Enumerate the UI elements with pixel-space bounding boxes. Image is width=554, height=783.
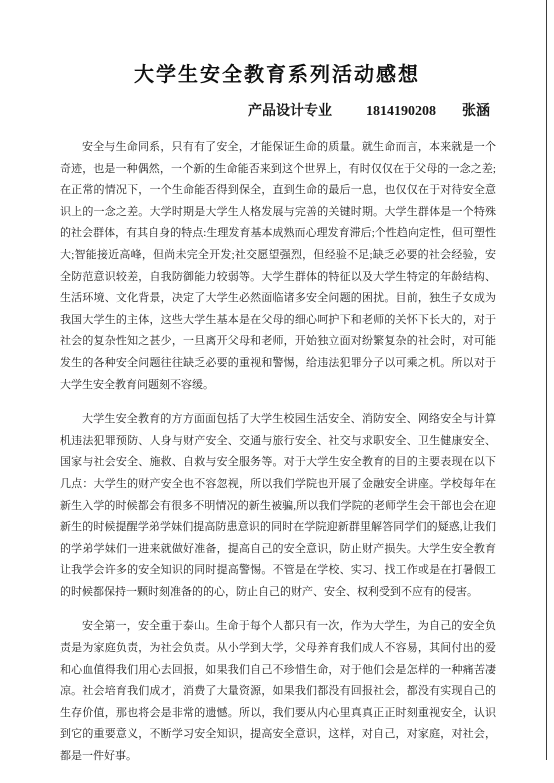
paragraph-2: 大学生安全教育的方方面面包括了大学生校园生活安全、消防安全、网络安全与计算机违法… (60, 409, 496, 603)
document-page: 大学生安全教育系列活动感想 产品设计专业1814190208张涵 安全与生命同系… (0, 0, 554, 783)
byline-major: 产品设计专业 (248, 104, 332, 119)
byline-student-id: 1814190208 (366, 104, 436, 119)
byline-author-name: 张涵 (462, 104, 490, 119)
document-title: 大学生安全教育系列活动感想 (0, 0, 554, 87)
paragraph-1: 安全与生命同系，只有有了安全，才能保证生命的质量。就生命而言，本来就是一个奇迹，… (60, 137, 496, 396)
page-edge-line (546, 0, 547, 760)
paragraph-3: 安全第一，安全重于泰山。生命于每个人都只有一次，作为大学生，为自己的安全负责是为… (60, 616, 496, 767)
byline: 产品设计专业1814190208张涵 (0, 100, 554, 120)
document-body: 安全与生命同系，只有有了安全，才能保证生命的质量。就生命而言，本来就是一个奇迹，… (60, 137, 496, 768)
